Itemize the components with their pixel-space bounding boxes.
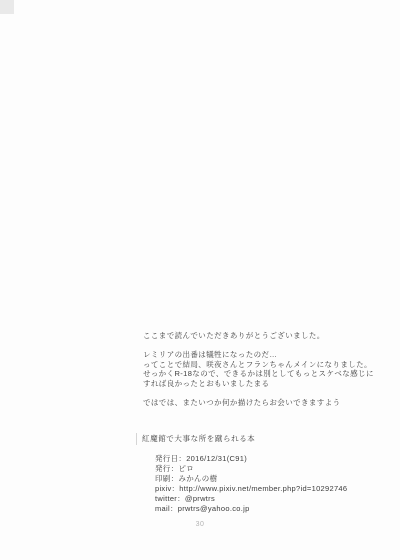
page-number: 30 — [0, 521, 400, 528]
afterword-text-block: ここまで読んでいただきありがとうございました。 レミリアの出番は犠牲になったのだ… — [143, 331, 383, 417]
afterword-thanks-line: ここまで読んでいただきありがとうございました。 — [143, 331, 383, 341]
colophon-publish-date: 発行日：2016/12/31(C91) — [155, 454, 347, 464]
colophon-publisher: 発行：ピロ — [155, 464, 347, 474]
colophon-printer: 印刷：みかんの樹 — [155, 474, 347, 484]
colophon-pixiv-url: pixiv：http://www.pixiv.net/member.php?id… — [155, 484, 347, 494]
afterword-body-line: すれば良かったとおもいましたまる — [143, 379, 383, 389]
afterword-body-line: レミリアの出番は犠牲になったのだ… — [143, 350, 383, 360]
afterword-closing-line: ではでは、またいつか何か描けたらお会いできますよう — [143, 398, 383, 408]
afterword-body-line: せっかくR-18なので、できるかは別としてもっとスケベな感じに — [143, 369, 383, 379]
scan-corner-artifact — [0, 0, 14, 14]
colophon-block: 発行日：2016/12/31(C91) 発行：ピロ 印刷：みかんの樹 pixiv… — [155, 454, 347, 514]
colophon-mail-address: mail：prwtrs@yahoo.co.jp — [155, 504, 347, 514]
book-title: 紅魔館で大事な所を蹴られる本 — [136, 433, 255, 445]
afterword-body-line: ってことで結局、咲夜さんとフランちゃんメインになりました。 — [143, 360, 383, 370]
colophon-twitter-handle: twitter：@prwtrs — [155, 494, 347, 504]
